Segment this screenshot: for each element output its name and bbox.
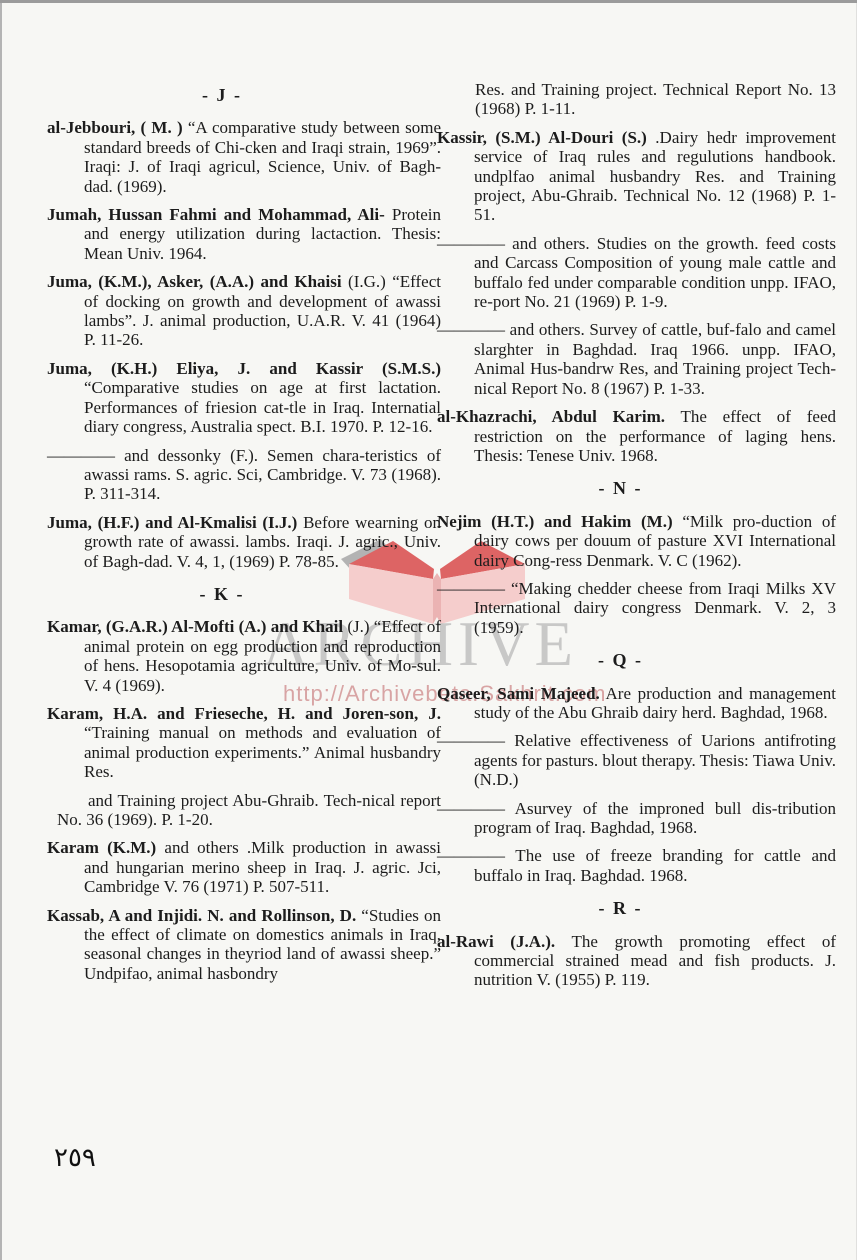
entry-author: Jumah, Hussan Fahmi and Mohammad, Ali- — [47, 205, 385, 224]
entry-author: Nejim (H.T.) and Hakim (M.) — [437, 512, 673, 531]
entry-author: Juma, (K.H.) Eliya, J. and Kassir (S.M.S… — [47, 359, 441, 378]
entry-text: “Training manual on methods and evaluati… — [84, 723, 441, 781]
bib-entry: Kamar, (G.A.R.) Al-Mofti (A.) and Khail … — [47, 617, 441, 695]
entry-author: Juma, (K.M.), Asker, (A.A.) and Khaisi — [47, 272, 342, 291]
entry-author: Qaseer, Sami Majeed. — [437, 684, 600, 703]
bib-entry: Nejim (H.T.) and Hakim (M.) “Milk pro-du… — [437, 512, 836, 570]
bib-entry: Juma, (H.F.) and Al-Kmalisi (I.J.) Befor… — [47, 513, 441, 571]
bib-entry-repeat-author: ———— Asurvey of the improned bull dis-tr… — [437, 799, 836, 838]
bib-entry-continuation: and Training project Abu-Ghraib. Tech-ni… — [47, 791, 441, 830]
entry-text: Res. and Training project. Technical Rep… — [475, 80, 836, 118]
entry-text: ———— Asurvey of the improned bull dis-tr… — [437, 799, 836, 837]
entry-text: and Training project Abu-Ghraib. Tech-ni… — [57, 791, 441, 829]
entry-text: ———— and others. Studies on the growth. … — [437, 234, 836, 311]
bib-entry: Karam, H.A. and Frieseche, H. and Joren-… — [47, 704, 441, 782]
bib-entry-repeat-author: ———— “Making chedder cheese from Iraqi M… — [437, 579, 836, 637]
left-column: - J - al-Jebbouri, ( M. ) “A comparative… — [47, 84, 441, 992]
entry-author: al-Jebbouri, ( M. ) — [47, 118, 183, 137]
bib-entry: Kassir, (S.M.) Al-Douri (S.) .Dairy hedr… — [437, 128, 836, 225]
entry-text: ———— The use of freeze branding for catt… — [437, 846, 836, 884]
bib-entry-repeat-author: ———— and others. Survey of cattle, buf-f… — [437, 320, 836, 398]
entry-author: Kassab, A and Injidi. N. and Rollinson, … — [47, 906, 356, 925]
right-column: Res. and Training project. Technical Rep… — [437, 80, 836, 999]
bib-entry: Qaseer, Sami Majeed. Are production and … — [437, 684, 836, 723]
bib-entry: Juma, (K.H.) Eliya, J. and Kassir (S.M.S… — [47, 359, 441, 437]
entry-author: Karam (K.M.) — [47, 838, 156, 857]
section-header-n: - N - — [437, 479, 836, 498]
entry-text: ———— and others. Survey of cattle, buf-f… — [437, 320, 836, 397]
entry-text: ———— Relative effectiveness of Uarions a… — [437, 731, 836, 789]
section-header-k: - K - — [47, 585, 441, 604]
section-header-r: - R - — [437, 899, 836, 918]
bib-entry-continuation: Res. and Training project. Technical Rep… — [437, 80, 836, 119]
bib-entry: al-Jebbouri, ( M. ) “A comparative study… — [47, 118, 441, 196]
bib-entry-repeat-author: ———— Relative effectiveness of Uarions a… — [437, 731, 836, 789]
bib-entry: Karam (K.M.) and others .Milk production… — [47, 838, 441, 896]
entry-author: Juma, (H.F.) and Al-Kmalisi (I.J.) — [47, 513, 297, 532]
entry-author: Kassir, (S.M.) Al-Douri (S.) — [437, 128, 647, 147]
section-header-j: - J - — [47, 86, 441, 105]
bib-entry: al-Khazrachi, Abdul Karim. The effect of… — [437, 407, 836, 465]
bib-entry-repeat-author: ———— The use of freeze branding for catt… — [437, 846, 836, 885]
entry-author: Karam, H.A. and Frieseche, H. and Joren-… — [47, 704, 441, 723]
section-header-q: - Q - — [437, 651, 836, 670]
scanned-bibliography-page: ARCHIVE http://Archivebeta.Sakhrit.com -… — [0, 0, 857, 1260]
entry-text: ———— “Making chedder cheese from Iraqi M… — [437, 579, 836, 637]
bib-entry: al-Rawi (J.A.). The growth promoting eff… — [437, 932, 836, 990]
entry-author: Kamar, (G.A.R.) Al-Mofti (A.) and Khail — [47, 617, 343, 636]
bib-entry: Juma, (K.M.), Asker, (A.A.) and Khaisi (… — [47, 272, 441, 350]
entry-author: al-Rawi (J.A.). — [437, 932, 555, 951]
bib-entry-repeat-author: ———— and dessonky (F.). Semen chara-teri… — [47, 446, 441, 504]
bib-entry: Kassab, A and Injidi. N. and Rollinson, … — [47, 906, 441, 984]
entry-text: “Comparative studies on age at first lac… — [84, 378, 441, 436]
bib-entry: Jumah, Hussan Fahmi and Mohammad, Ali- P… — [47, 205, 441, 263]
page-number: ٢٥٩ — [54, 1143, 96, 1173]
entry-author: al-Khazrachi, Abdul Karim. — [437, 407, 665, 426]
entry-text: ———— and dessonky (F.). Semen chara-teri… — [47, 446, 441, 504]
bib-entry-repeat-author: ———— and others. Studies on the growth. … — [437, 234, 836, 312]
